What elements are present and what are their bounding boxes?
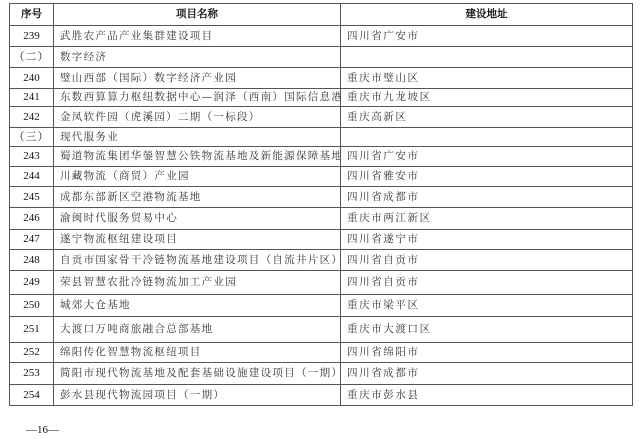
project-location: 四川省自贡市 xyxy=(341,250,633,271)
table-row: 249荣县智慧农批冷链物流加工产业园四川省自贡市 xyxy=(10,271,633,295)
project-location: 四川省自贡市 xyxy=(341,271,633,295)
serial-number: 239 xyxy=(10,26,54,47)
section-number: （三） xyxy=(10,128,54,147)
table-row: 240璧山西部（国际）数字经济产业园重庆市璧山区 xyxy=(10,68,633,89)
table-row: 251大渡口万吨商旅融合总部基地重庆市大渡口区 xyxy=(10,317,633,343)
project-location: 重庆市彭水县 xyxy=(341,385,633,406)
table-row: 248自贡市国家骨干冷链物流基地建设项目（自流井片区）四川省自贡市 xyxy=(10,250,633,271)
header-serial-no: 序号 xyxy=(10,4,54,26)
section-row: （二）数字经济 xyxy=(10,47,633,68)
table-row: 250城郊大仓基地重庆市梁平区 xyxy=(10,295,633,317)
table-header-row: 序号 项目名称 建设地址 xyxy=(10,4,633,26)
serial-number: 245 xyxy=(10,187,54,208)
section-title: 数字经济 xyxy=(54,47,341,68)
project-name: 大渡口万吨商旅融合总部基地 xyxy=(54,317,341,343)
project-name: 绵阳传化智慧物流枢纽项目 xyxy=(54,343,341,363)
project-location: 重庆市大渡口区 xyxy=(341,317,633,343)
serial-number: 254 xyxy=(10,385,54,406)
project-name: 蜀道物流集团华鎣智慧公铁物流基地及新能源保障基地项目 xyxy=(54,147,341,167)
project-location: 四川省广安市 xyxy=(341,147,633,167)
project-name: 武胜农产品产业集群建设项目 xyxy=(54,26,341,47)
section-number: （二） xyxy=(10,47,54,68)
header-location: 建设地址 xyxy=(341,4,633,26)
project-name: 城郊大仓基地 xyxy=(54,295,341,317)
project-location: 四川省雅安市 xyxy=(341,167,633,187)
table-row: 244川藏物流（商贸）产业园四川省雅安市 xyxy=(10,167,633,187)
serial-number: 242 xyxy=(10,107,54,128)
table-row: 243蜀道物流集团华鎣智慧公铁物流基地及新能源保障基地项目四川省广安市 xyxy=(10,147,633,167)
project-name: 遂宁物流枢纽建设项目 xyxy=(54,230,341,250)
page-number: —16— xyxy=(26,425,59,436)
project-name: 荣县智慧农批冷链物流加工产业园 xyxy=(54,271,341,295)
serial-number: 249 xyxy=(10,271,54,295)
serial-number: 248 xyxy=(10,250,54,271)
project-name: 自贡市国家骨干冷链物流基地建设项目（自流井片区） xyxy=(54,250,341,271)
table-row: 246渝闽时代服务贸易中心重庆市两江新区 xyxy=(10,208,633,230)
table-row: 247遂宁物流枢纽建设项目四川省遂宁市 xyxy=(10,230,633,250)
serial-number: 250 xyxy=(10,295,54,317)
project-table: 序号 项目名称 建设地址 239武胜农产品产业集群建设项目四川省广安市（二）数字… xyxy=(9,3,633,406)
project-location: 四川省成都市 xyxy=(341,363,633,385)
table-row: 254彭水县现代物流园项目（一期）重庆市彭水县 xyxy=(10,385,633,406)
project-location: 重庆市九龙坡区 xyxy=(341,89,633,107)
table-body: 239武胜农产品产业集群建设项目四川省广安市（二）数字经济240璧山西部（国际）… xyxy=(10,26,633,406)
document-page: 序号 项目名称 建设地址 239武胜农产品产业集群建设项目四川省广安市（二）数字… xyxy=(0,0,640,439)
table-row: 245成都东部新区空港物流基地四川省成都市 xyxy=(10,187,633,208)
project-location: 重庆市璧山区 xyxy=(341,68,633,89)
serial-number: 247 xyxy=(10,230,54,250)
project-name: 彭水县现代物流园项目（一期） xyxy=(54,385,341,406)
project-name: 金凤软件园（虎溪园）二期（一标段） xyxy=(54,107,341,128)
project-location xyxy=(341,47,633,68)
project-name: 璧山西部（国际）数字经济产业园 xyxy=(54,68,341,89)
project-location: 重庆市梁平区 xyxy=(341,295,633,317)
project-location: 四川省广安市 xyxy=(341,26,633,47)
project-location: 四川省绵阳市 xyxy=(341,343,633,363)
project-name: 渝闽时代服务贸易中心 xyxy=(54,208,341,230)
project-name: 简阳市现代物流基地及配套基础设施建设项目（一期） xyxy=(54,363,341,385)
section-title: 现代服务业 xyxy=(54,128,341,147)
project-name: 东数西算算力枢纽数据中心—润泽（西南）国际信息港 xyxy=(54,89,341,107)
serial-number: 241 xyxy=(10,89,54,107)
table-row: 252绵阳传化智慧物流枢纽项目四川省绵阳市 xyxy=(10,343,633,363)
project-name: 川藏物流（商贸）产业园 xyxy=(54,167,341,187)
project-name: 成都东部新区空港物流基地 xyxy=(54,187,341,208)
serial-number: 246 xyxy=(10,208,54,230)
table-row: 253简阳市现代物流基地及配套基础设施建设项目（一期）四川省成都市 xyxy=(10,363,633,385)
table-row: 242金凤软件园（虎溪园）二期（一标段）重庆高新区 xyxy=(10,107,633,128)
serial-number: 243 xyxy=(10,147,54,167)
serial-number: 251 xyxy=(10,317,54,343)
serial-number: 244 xyxy=(10,167,54,187)
project-location: 重庆高新区 xyxy=(341,107,633,128)
header-project-name: 项目名称 xyxy=(54,4,341,26)
table-row: 241东数西算算力枢纽数据中心—润泽（西南）国际信息港重庆市九龙坡区 xyxy=(10,89,633,107)
section-row: （三）现代服务业 xyxy=(10,128,633,147)
project-location: 重庆市两江新区 xyxy=(341,208,633,230)
project-location: 四川省遂宁市 xyxy=(341,230,633,250)
serial-number: 253 xyxy=(10,363,54,385)
table-row: 239武胜农产品产业集群建设项目四川省广安市 xyxy=(10,26,633,47)
project-location: 四川省成都市 xyxy=(341,187,633,208)
serial-number: 240 xyxy=(10,68,54,89)
project-location xyxy=(341,128,633,147)
serial-number: 252 xyxy=(10,343,54,363)
